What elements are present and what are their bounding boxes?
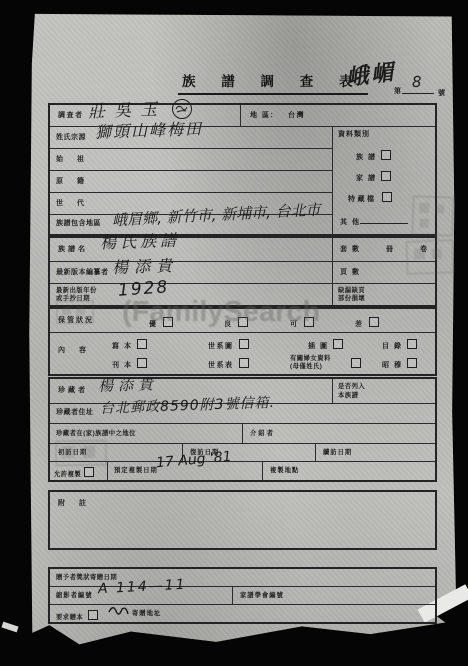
checkbox-poor	[369, 317, 379, 327]
content-illustration: 插 圖	[308, 339, 343, 352]
category-option-other: 其 他	[340, 215, 408, 228]
line	[315, 443, 316, 461]
content-chart-label: 世系圖	[208, 343, 234, 350]
checkbox-manuscript	[137, 339, 147, 349]
content-printed: 刊 本	[112, 358, 147, 371]
line	[50, 192, 332, 193]
content-toc: 目 錄	[382, 339, 417, 352]
number-suffix: 號	[438, 90, 447, 99]
category-option-jiapu: 家 譜	[356, 171, 391, 184]
content-illustration-label: 插 圖	[308, 343, 328, 350]
content-women-line1: 有關婦女資料	[290, 355, 331, 363]
line	[50, 148, 332, 149]
faint-stamp-mid-left	[56, 300, 94, 324]
request-copy: 要求贈本	[56, 610, 98, 622]
listed-label-2: 本族譜	[338, 392, 358, 400]
introducer-label: 介紹者	[250, 430, 275, 438]
form-title: 族 譜 調 查 表	[178, 74, 368, 95]
handwritten-number: 8	[412, 73, 422, 91]
handwritten-locality: 峨嵋	[344, 55, 397, 92]
next-visit-label: 續訪日期	[323, 449, 352, 457]
category-option-zupu: 族 譜	[356, 150, 391, 163]
line	[50, 261, 435, 262]
other-underline	[360, 215, 408, 224]
scanned-form-page: 族 譜 調 查 表 峨嵋 第 8 號 調查者 地 區: 台灣 姓氏宗源 始 祖 …	[0, 0, 468, 666]
checkbox-chart	[239, 339, 249, 349]
damage-label-2: 部份損壞	[338, 295, 365, 303]
faint-stamp-bottom-left	[55, 440, 107, 467]
sets-label: 套 數	[340, 246, 360, 255]
familysearch-watermark: (FamilySearch	[122, 296, 320, 329]
line	[50, 332, 435, 333]
watermark-prefix: (	[122, 296, 132, 328]
content-manuscript: 寫 本	[112, 339, 147, 352]
faint-stamp-right-lower	[405, 239, 454, 275]
microfilmer-label: 縮影者編號	[56, 592, 92, 600]
category-label: 資料類別	[338, 131, 370, 140]
checkbox-printed	[137, 358, 147, 368]
holder-address-label: 珍藏者住址	[56, 409, 94, 418]
coverage-label: 族譜包含地區	[56, 220, 101, 229]
category-option-zupu-label: 族 譜	[356, 154, 376, 161]
permit-copy: 允許複製	[54, 467, 94, 479]
pages-label: 頁 數	[340, 269, 360, 278]
checkbox-zupu	[381, 150, 391, 160]
checkbox-genealogy-table	[239, 358, 249, 368]
region-label: 地 區:	[250, 112, 274, 121]
content-women-line2: (母僅姓氏)	[290, 363, 322, 371]
pubdate-label-1: 最新出版年份	[56, 287, 97, 295]
content-order: 昭 穆	[382, 358, 417, 371]
content-printed-label: 刊 本	[112, 362, 132, 369]
form-header: 族 譜 調 查 表	[178, 70, 368, 91]
line	[262, 461, 263, 480]
handwritten-compiler: 楊添貴	[112, 253, 179, 278]
holder-label: 珍藏者	[58, 387, 88, 396]
notes-label: 附 註	[58, 500, 92, 509]
society-number-label: 家譜學會編號	[240, 592, 284, 600]
copy-place-label: 複製地點	[270, 467, 299, 475]
content-label: 內 容	[58, 347, 92, 356]
ancestor-label: 始 祖	[56, 156, 90, 165]
listed-label-1: 是否列入	[338, 383, 365, 391]
line	[232, 586, 233, 604]
watermark-text: FamilySearch	[132, 296, 321, 328]
copy-date-label: 預定複製日期	[114, 467, 158, 475]
cond-opt-poor: 差	[355, 317, 379, 330]
checkbox-order	[407, 358, 417, 368]
content-order-label: 昭 穆	[382, 362, 402, 369]
request-copy-tick	[108, 602, 130, 618]
content-table-label: 世系表	[208, 362, 234, 369]
handwritten-lineage: 獅頭山峰梅田	[95, 116, 204, 143]
notes-table: 附 註	[48, 490, 437, 550]
content-toc-label: 目 錄	[382, 343, 402, 350]
checkbox-women	[351, 358, 361, 368]
mail-address-label: 寄贈地址	[132, 610, 161, 618]
checkbox-jiapu	[381, 171, 391, 181]
permit-copy-label: 允許複製	[54, 471, 81, 478]
content-chart: 世系圖	[208, 339, 249, 352]
lineage-label: 姓氏宗源	[56, 134, 86, 143]
genealogy-name-label: 族譜名	[58, 246, 88, 255]
line	[50, 283, 435, 284]
origin-label: 原 籍	[56, 178, 90, 187]
line	[240, 105, 241, 126]
unit-ce-label: 冊	[386, 246, 395, 255]
region-value: 台灣	[288, 112, 305, 121]
content-manuscript-label: 寫 本	[112, 343, 132, 350]
generation-label: 世 代	[56, 200, 90, 209]
line	[50, 443, 435, 444]
category-option-special-label: 特藏檔	[348, 196, 377, 203]
content-table: 世系表	[208, 358, 249, 371]
category-option-other-label: 其 他	[340, 219, 360, 226]
checkbox-toc	[407, 339, 417, 349]
category-option-jiapu-label: 家 譜	[356, 175, 376, 182]
holder-position-label: 珍藏者在(家)族譜中之地位	[56, 430, 136, 438]
damage-label-1: 缺漏缺頁	[338, 287, 365, 295]
request-copy-label: 要求贈本	[56, 614, 83, 621]
line	[332, 126, 333, 234]
compiler-label: 最新版本編纂者	[56, 269, 109, 278]
line	[242, 423, 243, 443]
handwritten-holder: 楊添貴	[98, 373, 159, 396]
seal-scribble	[175, 103, 188, 114]
checkbox-permit-copy	[84, 467, 94, 477]
surveyor-label: 調查者	[58, 112, 84, 121]
cond-poor-label: 差	[355, 321, 364, 328]
faint-stamp-right-upper	[411, 195, 454, 236]
line	[332, 238, 333, 305]
torn-corner-mark	[1, 622, 18, 633]
handwritten-genealogy-name: 楊氏族譜	[100, 228, 181, 254]
checkbox-request-copy	[88, 610, 98, 620]
line	[50, 170, 332, 171]
checkbox-illustration	[333, 339, 343, 349]
category-option-special: 特藏檔	[348, 192, 392, 205]
checkbox-special	[382, 192, 392, 202]
line	[332, 379, 333, 403]
